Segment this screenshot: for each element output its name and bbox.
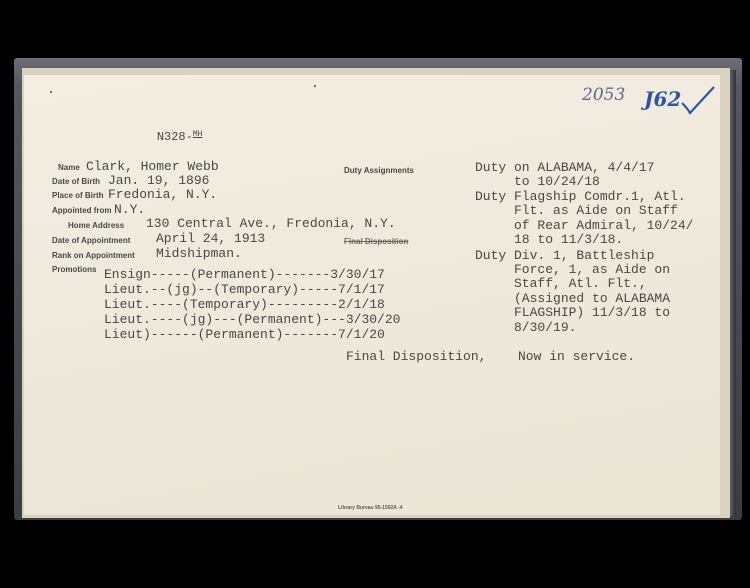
promotion-line: Lieut.--(jg)--(Temporary)-----7/1/17 <box>104 283 385 296</box>
value-rank-on-appointment: Midshipman. <box>156 247 242 260</box>
label-date-of-birth: Date of Birth <box>52 177 100 186</box>
duty-line: Duty Div. 1, Battleship <box>475 249 654 262</box>
duty-line: Force, 1, as Aide on <box>475 263 670 276</box>
value-appointed-from: N.Y. <box>114 203 145 216</box>
label-rank-on-appointment: Rank on Appointment <box>52 251 135 260</box>
service-record-card: N328-MH 2053 J62 Name Date of Birth Plac… <box>24 75 720 515</box>
file-number-text: N328- <box>157 130 193 144</box>
label-appointed-from: Appointed from <box>52 206 112 215</box>
duty-line: to 10/24/18 <box>475 175 600 188</box>
file-number: N328-MH <box>128 115 202 157</box>
value-date-of-birth: Jan. 19, 1896 <box>108 174 209 187</box>
label-place-of-birth: Place of Birth <box>52 191 104 200</box>
label-duty-assignments: Duty Assignments <box>344 166 414 175</box>
file-suffix: MH <box>193 130 203 139</box>
duty-line: Duty on ALABAMA, 4/4/17 <box>475 161 654 174</box>
speck <box>314 85 316 87</box>
handwritten-code: J62 <box>644 87 681 111</box>
duty-line: of Rear Admiral, 10/24/ <box>475 219 693 232</box>
label-final-disposition-struck: Final Disposition <box>344 237 408 246</box>
duty-line: Flt. as Aide on Staff <box>475 204 678 217</box>
checkmark-icon <box>678 83 718 119</box>
duty-line: (Assigned to ALABAMA <box>475 292 670 305</box>
handwritten-number: 2053 <box>582 85 625 105</box>
value-name: Clark, Homer Webb <box>86 160 219 173</box>
label-home-address: Home Address <box>68 221 124 230</box>
speck <box>50 91 52 93</box>
value-place-of-birth: Fredonia, N.Y. <box>108 188 217 201</box>
promotion-line: Lieut.----(jg)---(Permanent)---3/30/20 <box>104 313 400 326</box>
duty-line: 8/30/19. <box>475 321 576 334</box>
duty-line: Duty Flagship Comdr.1, Atl. <box>475 190 686 203</box>
promotion-line: Lieut.----(Temporary)---------2/1/18 <box>104 298 385 311</box>
duty-line: Staff, Atl. Flt., <box>475 277 647 290</box>
final-disposition-value: Now in service. <box>518 350 635 363</box>
value-date-of-appointment: April 24, 1913 <box>156 232 265 245</box>
label-promotions: Promotions <box>52 265 96 274</box>
printer-footer: Library Bureau 95-1502A -4 <box>338 505 403 511</box>
duty-line: 18 to 11/3/18. <box>475 233 623 246</box>
label-name: Name <box>58 163 80 172</box>
promotion-line: Ensign-----(Permanent)-------3/30/17 <box>104 268 385 281</box>
value-home-address: 130 Central Ave., Fredonia, N.Y. <box>146 217 396 230</box>
final-disposition-label: Final Disposition, <box>346 350 486 363</box>
promotion-line: Lieut)------(Permanent)-------7/1/20 <box>104 328 385 341</box>
duty-line: FLAGSHIP) 11/3/18 to <box>475 306 670 319</box>
label-date-of-appointment: Date of Appointment <box>52 236 130 245</box>
